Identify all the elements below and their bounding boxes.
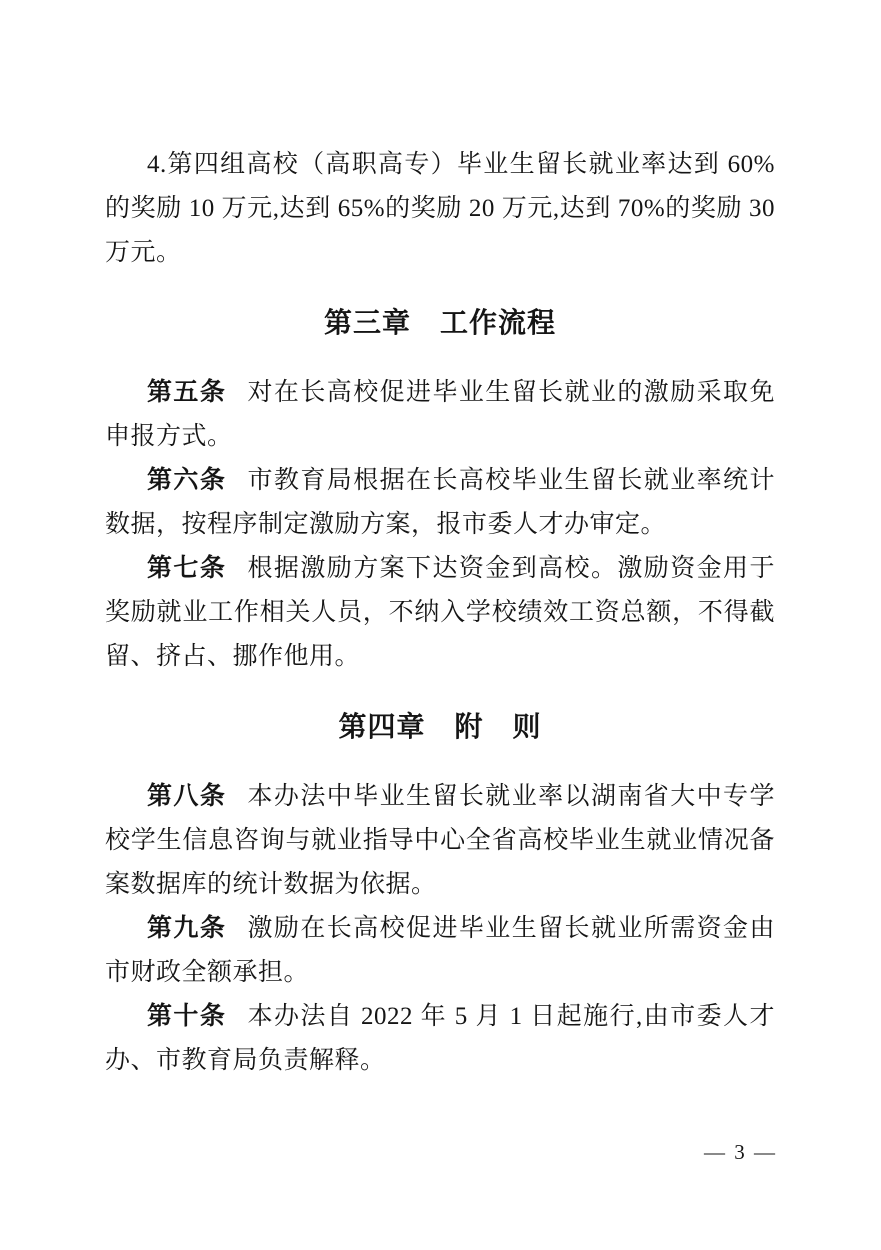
article-10-paragraph: 第十条本办法自 2022 年 5 月 1 日起施行,由市委人才办、市教育局负责解… <box>105 995 775 1083</box>
page-number: — 3 — <box>704 1140 777 1164</box>
chapter-4-heading: 第四章 附 则 <box>105 709 775 745</box>
paragraph-item-4: 4.第四组高校（高职高专）毕业生留长就业率达到 60%的奖励 10 万元,达到 … <box>105 143 775 275</box>
article-5-paragraph: 第五条对在长高校促进毕业生留长就业的激励采取免申报方式。 <box>105 371 775 459</box>
article-7-label: 第七条 <box>147 555 226 582</box>
document-content: 4.第四组高校（高职高专）毕业生留长就业率达到 60%的奖励 10 万元,达到 … <box>105 143 775 1083</box>
chapter-3-heading: 第三章 工作流程 <box>105 305 775 341</box>
article-9-paragraph: 第九条激励在长高校促进毕业生留长就业所需资金由市财政全额承担。 <box>105 907 775 995</box>
article-6-paragraph: 第六条市教育局根据在长高校毕业生留长就业率统计数据，按程序制定激励方案，报市委人… <box>105 459 775 547</box>
article-6-label: 第六条 <box>147 467 226 494</box>
document-page: 4.第四组高校（高职高专）毕业生留长就业率达到 60%的奖励 10 万元,达到 … <box>0 0 881 1250</box>
article-7-paragraph: 第七条根据激励方案下达资金到高校。激励资金用于奖励就业工作相关人员，不纳入学校绩… <box>105 547 775 679</box>
article-8-label: 第八条 <box>147 783 226 810</box>
article-9-label: 第九条 <box>147 915 226 942</box>
article-8-paragraph: 第八条本办法中毕业生留长就业率以湖南省大中专学校学生信息咨询与就业指导中心全省高… <box>105 775 775 907</box>
article-5-label: 第五条 <box>147 379 226 406</box>
article-10-label: 第十条 <box>147 1003 226 1030</box>
